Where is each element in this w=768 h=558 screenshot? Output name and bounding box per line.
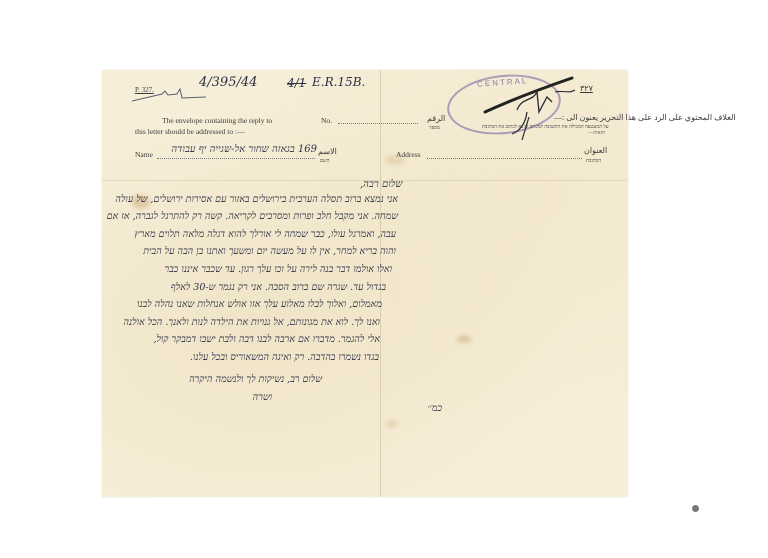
letter-line: שלום רב, נשיקות לך ולנשמה היקרה <box>142 374 322 385</box>
letter-line: שמחה. אני מקבל חלב ופרות ומסרבים לקריאה.… <box>118 211 398 222</box>
number-label-hebrew: מספר <box>429 126 440 131</box>
letter-line: בגדול עד. שגרה שם ברוב הסבה. אני רק נגמר… <box>114 282 386 293</box>
name-label-arabic: الاسم <box>318 147 337 156</box>
letter-closing: כמ׳׳ <box>402 403 442 414</box>
name-field-line <box>157 158 315 159</box>
number-label-arabic: الرقم <box>427 114 445 123</box>
envelope-instruction-line-2: this letter should be addressed to :— <box>135 127 245 136</box>
envelope-instruction-arabic: الغلاف المحتوي على الرد على هذا التحرير … <box>554 113 736 122</box>
reference-code: E.R.15B. <box>312 75 365 89</box>
reference-number: 4/395/44 <box>199 75 257 90</box>
name-label: Name <box>135 150 153 159</box>
envelope-instruction-line-1: The envelope containing the reply to <box>162 116 272 125</box>
address-label-hebrew: הכתובת <box>586 159 601 164</box>
name-label-hebrew: השם <box>320 159 330 164</box>
number-label: No. <box>321 116 332 125</box>
stain <box>387 420 397 428</box>
scan-speck <box>692 505 699 512</box>
letter-line: בגדו נשמרו בהדבה. רק ואיגה המשאוריס ובכל… <box>117 352 379 363</box>
letter-line: עבה, ואמרגל עולו, כבר שמחה לי אורלך להוא… <box>116 229 396 240</box>
address-field-line <box>427 158 582 159</box>
letter-line: מאמלום, ואלוך לבלו מאלוע עלך אזו אולש אנ… <box>112 299 382 310</box>
form-number-arabic: ٣٢٧ <box>580 84 593 93</box>
letter-line: אלי להגמר. מדברו אם ארבה לבנו דבה ולבת י… <box>112 334 380 345</box>
letter-line: והוה בריא למחר, אין לו על מעשה יום ומשעך… <box>114 246 396 257</box>
name-field-value: 169 בגאזה שחור אל-שגייה יף עבודה <box>167 144 317 155</box>
letter-signoff-name: ושרה <box>222 392 272 403</box>
letter-salutation: שלום רבה, <box>360 179 403 190</box>
number-field-line <box>338 123 418 124</box>
address-label-arabic: العنوان <box>584 146 607 155</box>
stain <box>457 335 471 343</box>
signature-icon <box>477 72 577 142</box>
reference-crossed-out: 4/1 <box>287 76 306 90</box>
letter-line: ואלו אולמו דבר בנה לירה על וכו עלך רגון.… <box>116 264 392 275</box>
letter-line: ואנו לך. לוא את מגונותם, אל גנויות את הי… <box>112 317 380 328</box>
letter-line: אני נמצא ברוב תסלה הערבית בירושלים באזור… <box>122 194 398 205</box>
letter-form-paper: P. 327. ٣٢٧ The envelope containing the … <box>102 70 628 497</box>
address-label: Address <box>396 150 421 159</box>
envelope-instruction-hebrew-2: הזאת:— <box>588 131 605 136</box>
pen-stroke-mark <box>132 88 207 102</box>
